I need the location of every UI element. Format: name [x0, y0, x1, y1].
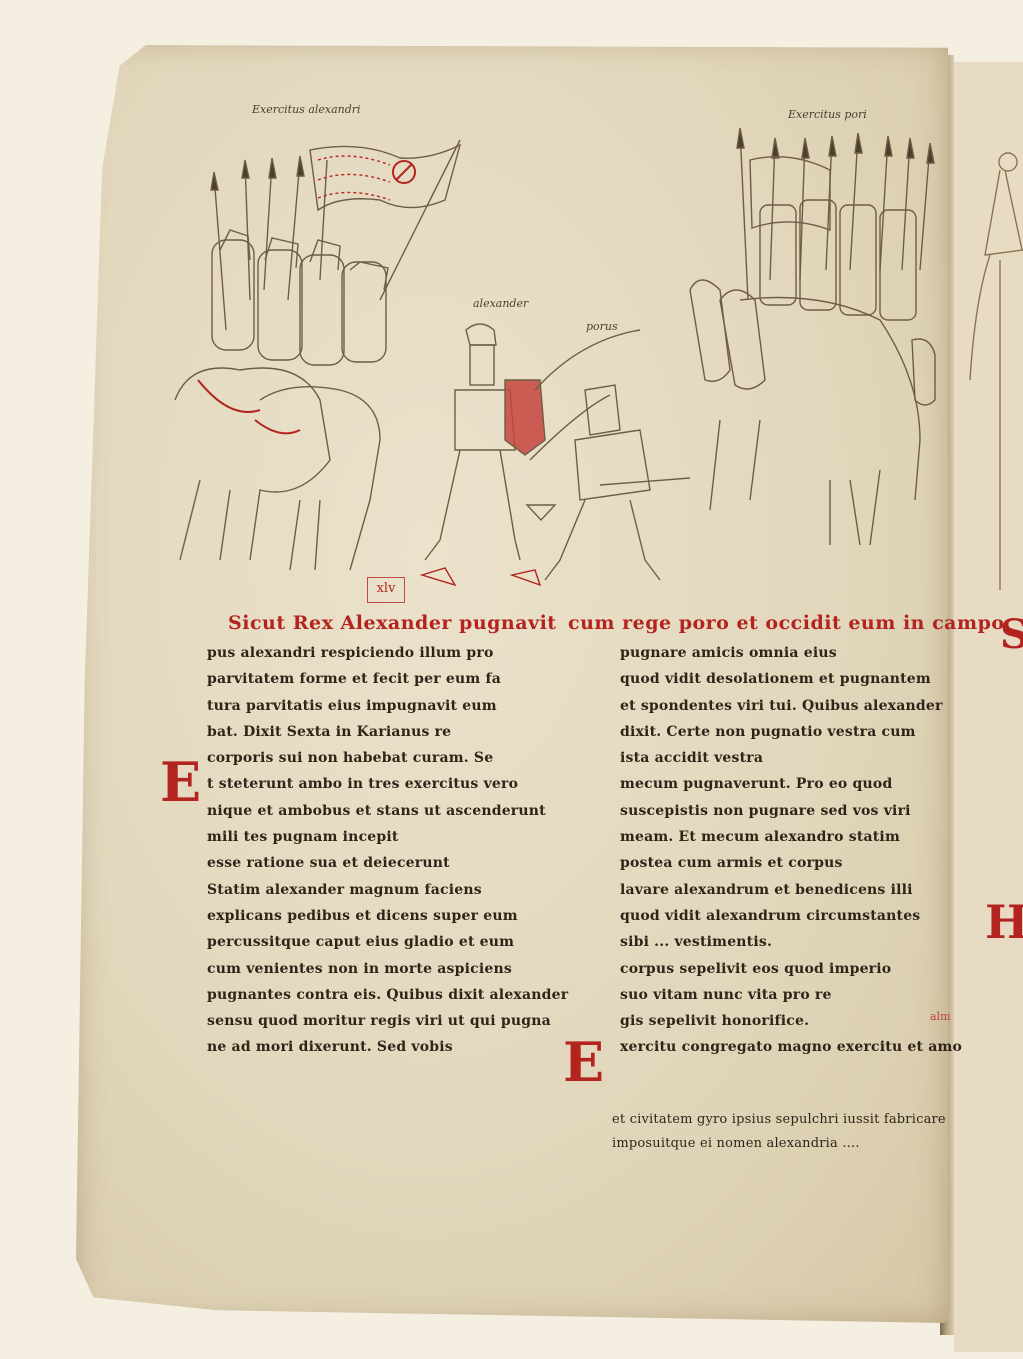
decorated-initial-left: E	[160, 755, 201, 809]
facing-page-initial-lower: H	[985, 895, 1023, 949]
text-line: et spondentes viri tui. Quibus alexander	[620, 693, 962, 719]
text-line: bat. Dixit Sexta in Karianus re	[207, 719, 568, 745]
text-line: mili tes pugnam incepit	[207, 824, 568, 850]
text-line: xercitu congregato magno exercitu et amo	[620, 1034, 962, 1060]
text-line: quod vidit alexandrum circumstantes	[620, 903, 962, 929]
text-line: nique et ambobus et stans ut ascenderunt	[207, 798, 568, 824]
text-line: cum venientes non in morte aspiciens	[207, 956, 568, 982]
right-army-drawing	[690, 128, 935, 545]
text-line: corporis sui non habebat curam. Se	[207, 745, 568, 771]
text-line: tura parvitatis eius impugnavit eum	[207, 693, 568, 719]
text-line: pus alexandri respiciendo illum pro	[207, 640, 568, 666]
text-line: mecum pugnaverunt. Pro eo quod	[620, 771, 962, 797]
label-alexander: alexander	[473, 297, 528, 310]
text-line: sibi ... vestimentis.	[620, 929, 962, 955]
folio-number: xlv	[367, 577, 405, 603]
text-line: t steterunt ambo in tres exercitus vero	[207, 771, 568, 797]
label-army-of-porus: Exercitus pori	[788, 108, 867, 121]
duel-drawing	[422, 324, 690, 585]
label-porus: porus	[586, 320, 618, 333]
postscript-text: et civitatem gyro ipsius sepulchri iussi…	[612, 1108, 946, 1156]
text-line: postea cum armis et corpus	[620, 850, 962, 876]
text-line: meam. Et mecum alexandro statim	[620, 824, 962, 850]
rubric-right: cum rege poro et occidit eum in campo.	[568, 612, 1011, 634]
text-line: pugnantes contra eis. Quibus dixit alexa…	[207, 982, 568, 1008]
label-army-of-alexander: Exercitus alexandri	[252, 103, 361, 116]
text-line: esse ratione sua et deiecerunt	[207, 850, 568, 876]
margin-note: alm	[930, 1010, 951, 1023]
text-line: parvitatem forme et fecit per eum fa	[207, 666, 568, 692]
text-line: Statim alexander magnum faciens	[207, 877, 568, 903]
text-line: ista accidit vestra	[620, 745, 962, 771]
facing-page-initial: S	[1000, 608, 1023, 662]
text-line: suscepistis non pugnare sed vos viri	[620, 798, 962, 824]
text-line: suo vitam nunc vita pro re	[620, 982, 962, 1008]
text-column-left: pus alexandri respiciendo illum pro parv…	[207, 640, 568, 1061]
text-line: pugnare amicis omnia eius	[620, 640, 962, 666]
text-line: lavare alexandrum et benedicens illi	[620, 877, 962, 903]
text-line: quod vidit desolationem et pugnantem	[620, 666, 962, 692]
text-column-right: pugnare amicis omnia eius quod vidit des…	[620, 640, 962, 1061]
rubric-left: Sicut Rex Alexander pugnavit	[228, 612, 557, 634]
text-line: corpus sepelivit eos quod imperio	[620, 956, 962, 982]
text-line: dixit. Certe non pugnatio vestra cum	[620, 719, 962, 745]
text-line: percussitque caput eius gladio et eum	[207, 929, 568, 955]
text-line: gis sepelivit honorifice.	[620, 1008, 962, 1034]
text-line: ne ad mori dixerunt. Sed vobis	[207, 1034, 568, 1060]
left-army-drawing	[175, 140, 460, 570]
text-line: imposuitque ei nomen alexandria ....	[612, 1132, 946, 1156]
decorated-initial-right: E	[563, 1035, 604, 1089]
facing-page-tent-drawing	[970, 153, 1023, 590]
text-line: sensu quod moritur regis viri ut qui pug…	[207, 1008, 568, 1034]
text-line: et civitatem gyro ipsius sepulchri iussi…	[612, 1108, 946, 1132]
text-line: explicans pedibus et dicens super eum	[207, 903, 568, 929]
